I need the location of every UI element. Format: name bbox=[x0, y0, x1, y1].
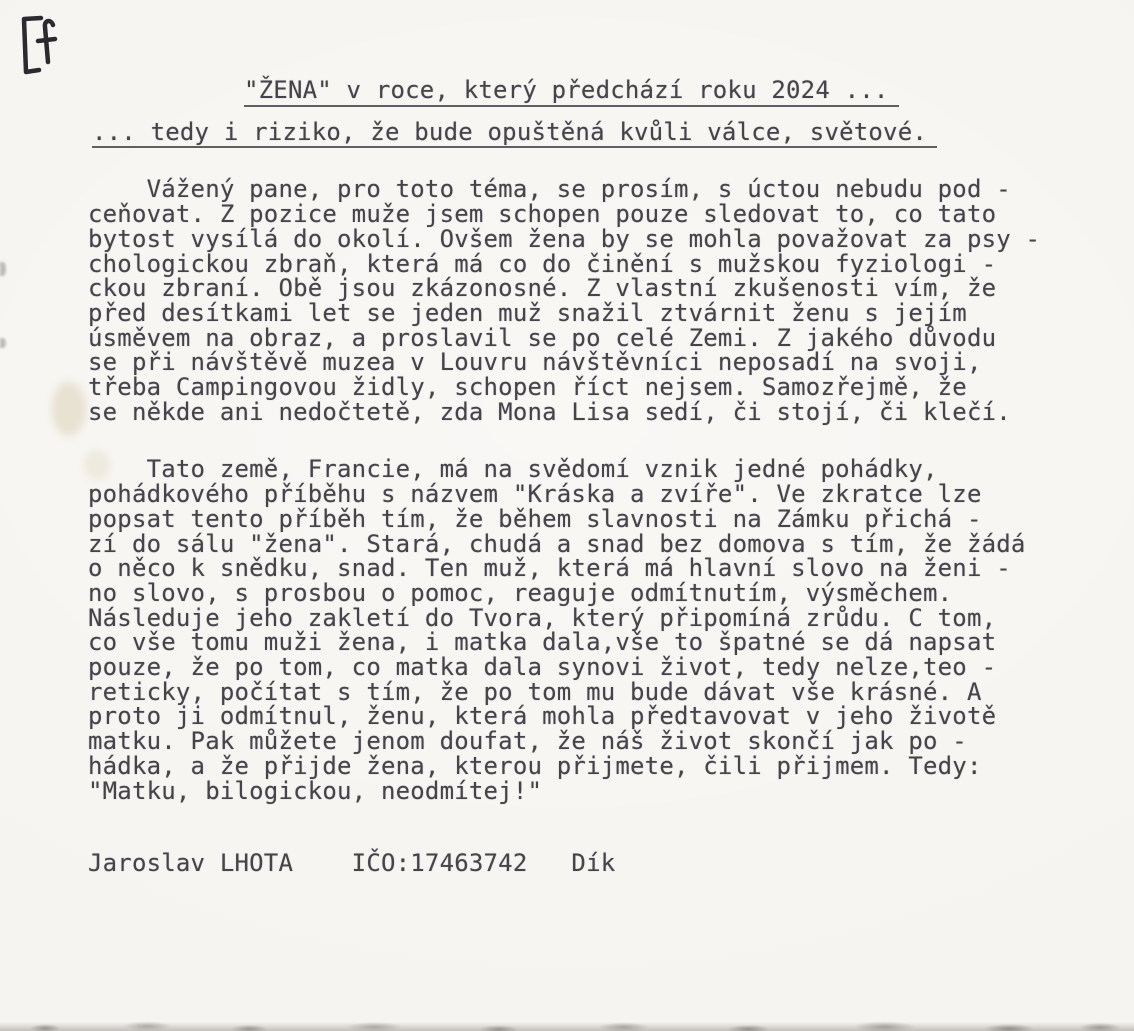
typed-line: před desítkami let se jeden muž snažil z… bbox=[88, 301, 1068, 326]
handwritten-mark-icon bbox=[16, 12, 62, 80]
signature-line: Jaroslav LHOTA IČO:17463742 Dík bbox=[88, 851, 1068, 876]
typed-line: zí do sálu "žena". Stará, chudá a snad b… bbox=[88, 532, 1068, 557]
typed-line: pouze, že po tom, co matka dala synovi ž… bbox=[88, 655, 1068, 680]
typed-line: no slovo, s prosbou o pomoc, reaguje odm… bbox=[88, 581, 1068, 606]
document-title-line-1: "ŽENA" v roce, který předchází roku 2024… bbox=[244, 78, 1068, 107]
document-title-line-2: ... tedy i riziko, že bude opuštěná kvůl… bbox=[92, 120, 1068, 149]
typed-line: co vše tomu muži žena, i matka dala,vše … bbox=[88, 630, 1068, 655]
paragraph: Tato země, Francie, má na svědomí vznik … bbox=[88, 457, 1068, 803]
typed-line: pohádkového příběhu s názvem "Kráska a z… bbox=[88, 482, 1068, 507]
scan-bottom-edge bbox=[0, 1017, 1134, 1031]
typed-line: proto ji odmítnul, ženu, která mohla pře… bbox=[88, 704, 1068, 729]
typed-line: třeba Campingovou židly, schopen říct ne… bbox=[88, 375, 1068, 400]
typed-line: popsat tento příběh tím, že během slavno… bbox=[88, 507, 1068, 532]
title-text-2: ... tedy i riziko, že bude opuštěná kvůl… bbox=[92, 120, 937, 149]
typed-line: "Matku, bilogickou, neodmítej!" bbox=[88, 779, 1068, 804]
paper-edge-mark bbox=[0, 338, 6, 348]
document-body: Vážený pane, pro toto téma, se prosím, s… bbox=[88, 177, 1068, 803]
typed-content: "ŽENA" v roce, který předchází roku 2024… bbox=[88, 78, 1068, 876]
document-page: "ŽENA" v roce, který předchází roku 2024… bbox=[0, 0, 1134, 1031]
typed-line: hádka, a že přijde žena, kterou přijmete… bbox=[88, 754, 1068, 779]
typed-line: úsměvem na obraz, a proslavil se po celé… bbox=[88, 326, 1068, 351]
typed-line: Tato země, Francie, má na svědomí vznik … bbox=[88, 457, 1068, 482]
typed-line: matku. Pak můžete jenom doufat, že náš ž… bbox=[88, 729, 1068, 754]
paper-edge-mark bbox=[0, 262, 6, 276]
typed-line: se při návštěvě muzea v Louvru návštěvní… bbox=[88, 350, 1068, 375]
paragraph: Vážený pane, pro toto téma, se prosím, s… bbox=[88, 177, 1068, 424]
typed-line: se někde ani nedočtetě, zda Mona Lisa se… bbox=[88, 400, 1068, 425]
paper-stain bbox=[52, 382, 86, 436]
typed-line: chologickou zbraň, která má co do činění… bbox=[88, 252, 1068, 277]
typed-line: Vážený pane, pro toto téma, se prosím, s… bbox=[88, 177, 1068, 202]
typed-line: o něco k snědku, snad. Ten muž, která má… bbox=[88, 556, 1068, 581]
typed-line: reticky, počítat s tím, že po tom mu bud… bbox=[88, 680, 1068, 705]
typed-line: bytost vysílá do okolí. Ovšem žena by se… bbox=[88, 227, 1068, 252]
typed-line: Následuje jeho zakletí do Tvora, který p… bbox=[88, 606, 1068, 631]
typed-line: ckou zbraní. Obě jsou zkázonosné. Z vlas… bbox=[88, 276, 1068, 301]
typed-line: ceňovat. Z pozice muže jsem schopen pouz… bbox=[88, 202, 1068, 227]
title-text-1: "ŽENA" v roce, který předchází roku 2024… bbox=[244, 78, 899, 107]
paper-stain bbox=[84, 450, 110, 480]
